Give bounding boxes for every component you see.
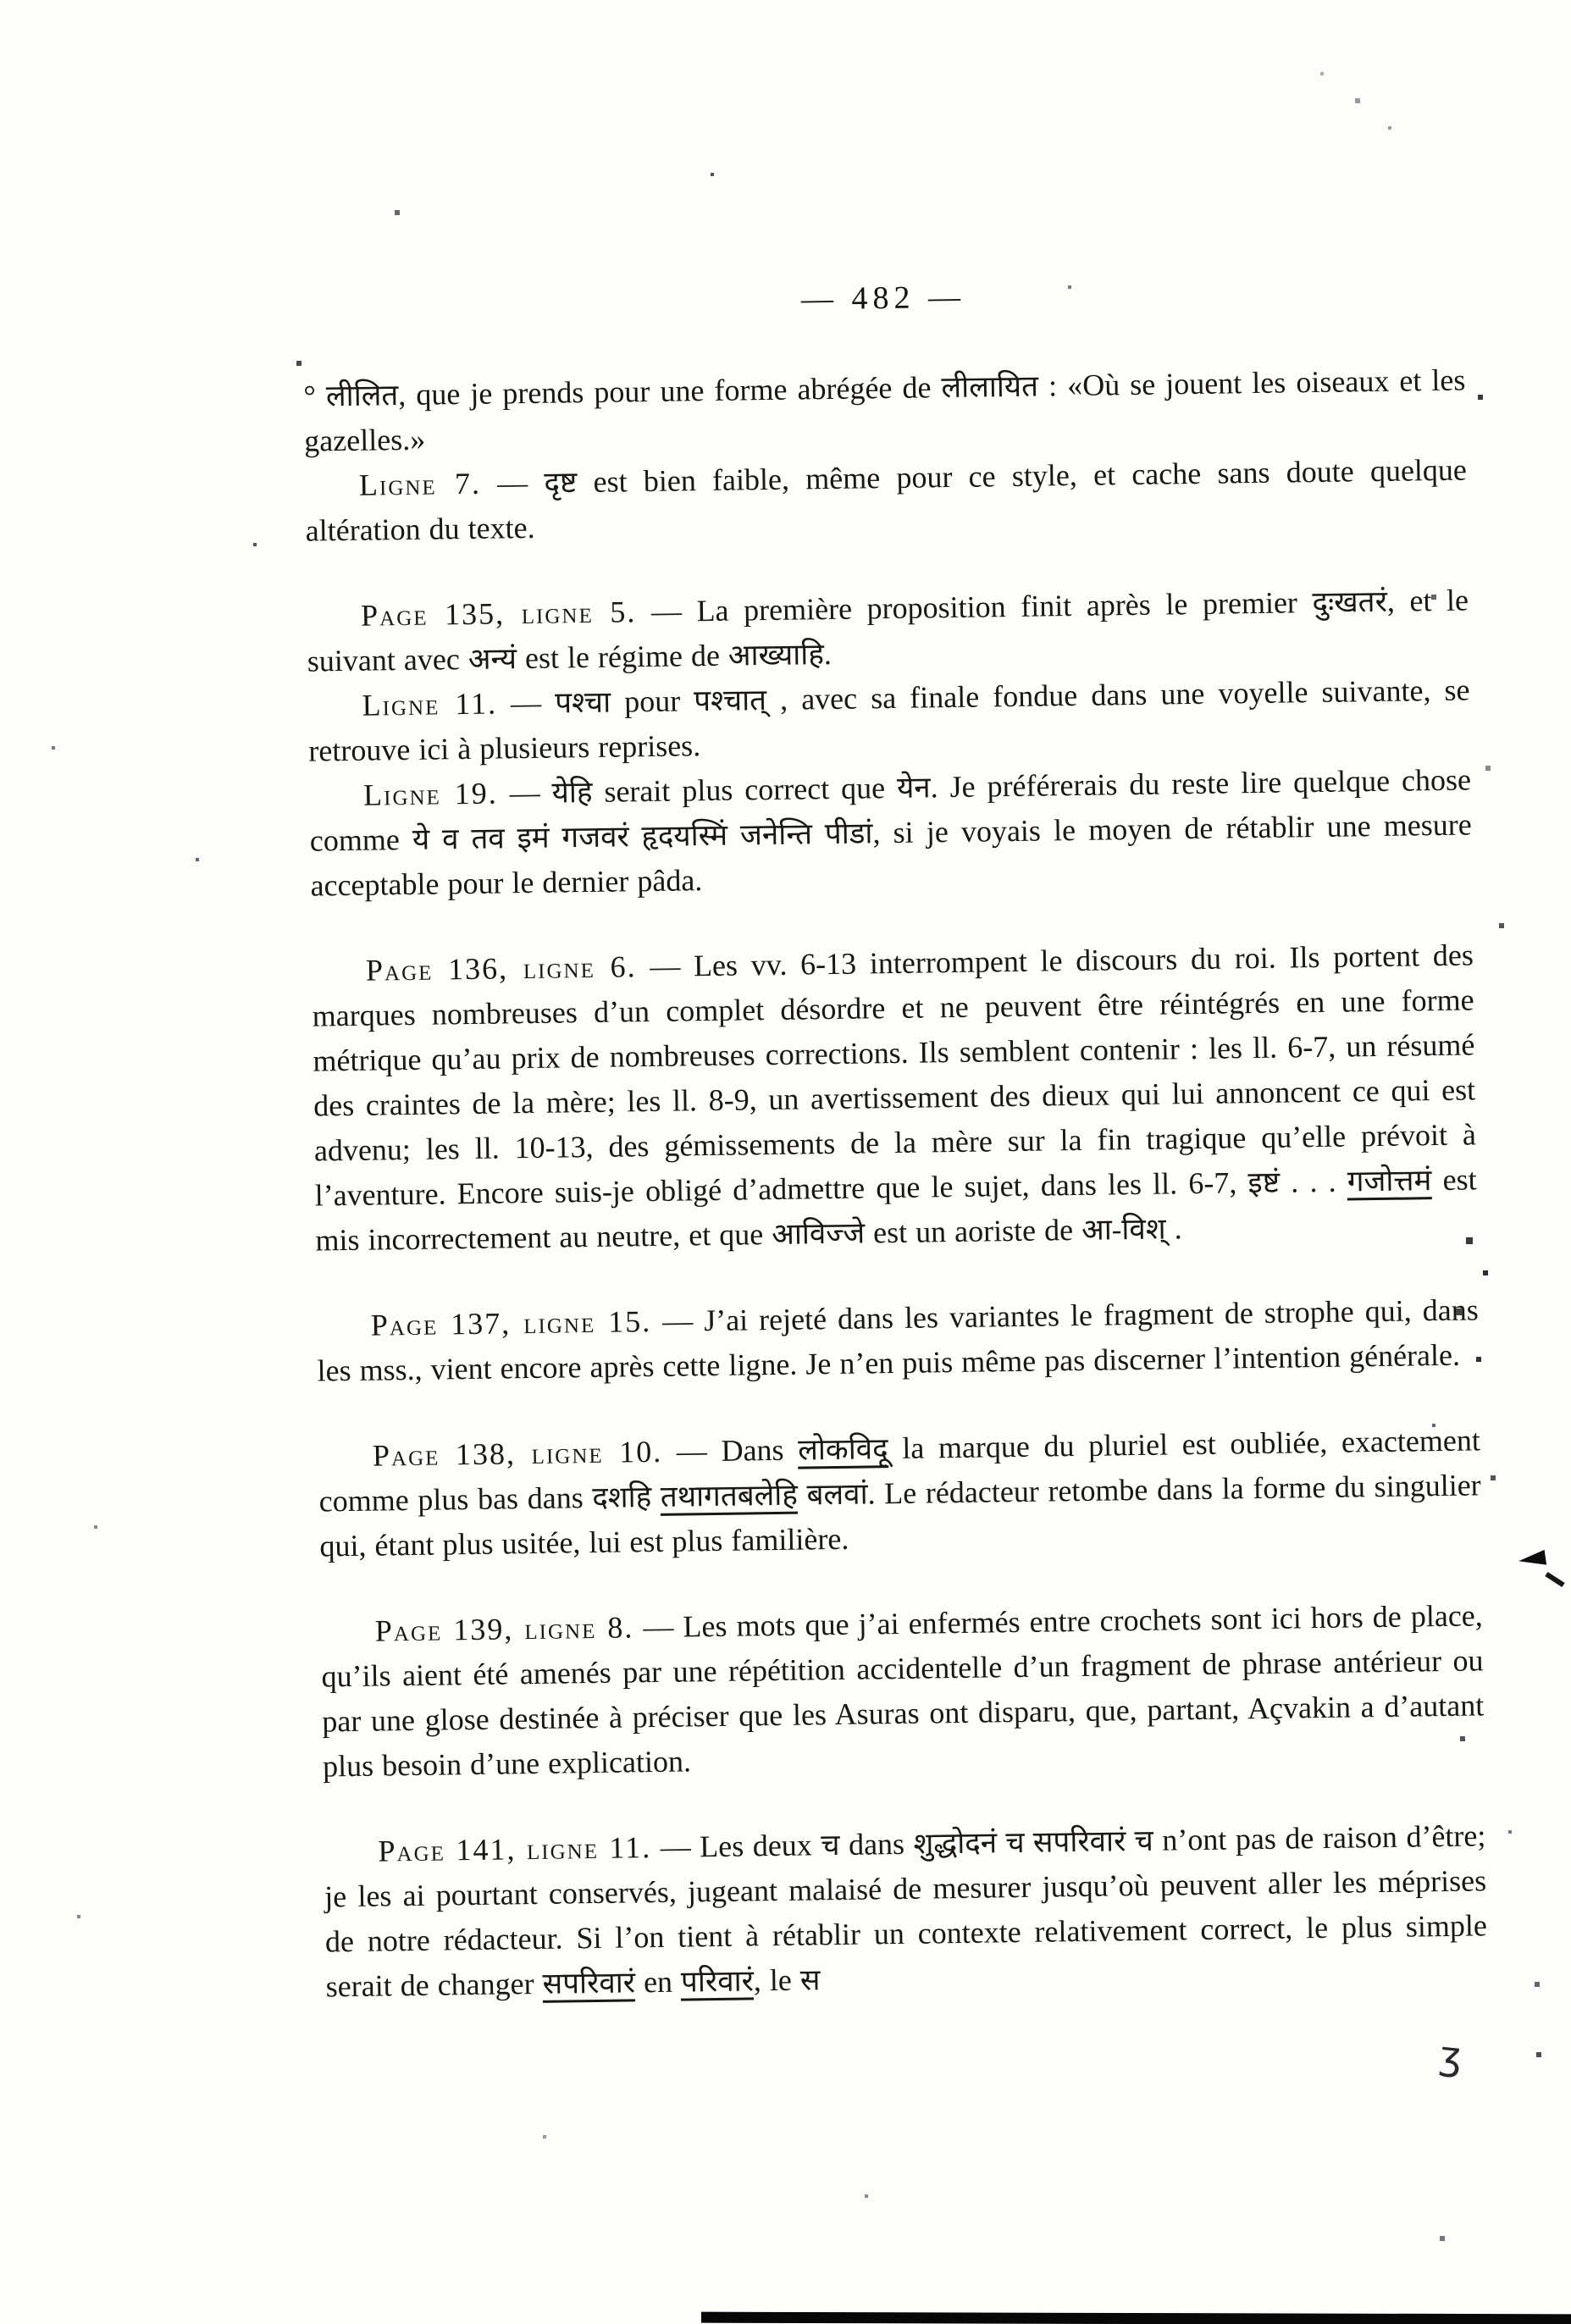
text-run: . . . [1280,1165,1347,1199]
text-run: — [481,466,545,501]
paragraph: Page 135, ligne 5. — La première proposi… [307,578,1469,683]
text-run: Page 135, ligne 5. [361,595,637,633]
devanagari-run: बलवां [806,1477,868,1511]
text-run: Ligne 11. [362,686,497,722]
text-run: ° [303,379,326,412]
devanagari-run: दशहि [592,1480,651,1514]
devanagari-run: इष्टं [1247,1166,1280,1200]
text-run [651,1480,661,1513]
text-run: est le régime de [517,639,728,675]
text-run: Page 137, ligne 15. [371,1304,652,1342]
text-run: — [497,686,556,721]
text-run: , le [754,1963,801,1998]
ink-squiggle: ʒ [1438,2035,1464,2077]
devanagari-run: येन [897,771,931,805]
paragraph: Ligne 19. — येहि serait plus correct que… [309,757,1473,908]
devanagari-run: गजोत्तमं [1347,1164,1432,1200]
text-run: Page 141, ligne 11. [378,1830,651,1868]
text-run: Ligne 19. [363,776,498,811]
scanned-book-page: — 482 — ° लीलित, que je prends pour une … [0,0,1571,2324]
text-run: est un aoriste de [865,1213,1081,1250]
devanagari-run: अन्यं [468,642,517,676]
text-run [798,1477,807,1511]
text-run: Page 136, ligne 6. [366,949,637,987]
devanagari-run: लोकविदू [798,1432,888,1469]
devanagari-run: स [800,1963,821,1996]
text-run: en [635,1965,682,2000]
text-run: dans [839,1827,914,1862]
devanagari-run: दृष्ट [544,466,577,500]
text-run: Page 138, ligne 10. [373,1435,663,1473]
paragraph: Page 139, ligne 8. — Les mots que j’ai e… [321,1593,1485,1789]
scan-noise [0,0,2,2]
paragraph: ° लीलित, que je prends pour une forme ab… [303,357,1466,463]
devanagari-run: लीलायित [941,370,1038,405]
devanagari-run: शुद्धोदनं च सपरिवारं च [913,1824,1153,1861]
paragraph: Ligne 7. — दृष्ट est bien faible, même p… [305,447,1468,553]
text-run: . [824,637,833,671]
devanagari-run: येहि [551,776,592,810]
ink-blot-icon [1518,1550,1546,1569]
paragraph: Page 137, ligne 15. — J’ai rejeté dans l… [316,1287,1479,1393]
text-run: Page 139, ligne 8. [375,1610,634,1647]
devanagari-run: पश्चा [555,686,611,720]
devanagari-run: सपरिवारं [542,1966,635,2003]
devanagari-run: लीलित [326,379,399,412]
text-run: — Dans [662,1433,798,1469]
text-run: . [1165,1211,1182,1245]
devanagari-run: आ-विश् [1081,1213,1166,1247]
devanagari-run: पश्चात् [694,683,766,717]
devanagari-run: च [821,1829,840,1862]
text-run: serait plus correct que [592,771,897,809]
devanagari-run: परिवारं [681,1964,754,2000]
paragraph: Page 136, ligne 6. — Les vv. 6-13 interr… [312,932,1478,1263]
text-run: , que je prends pour une forme abrégée d… [398,370,942,412]
devanagari-run: आविज्जे [772,1216,866,1251]
devanagari-run: ये व तव इमं गजवरं हृदयस्मिं जनेन्ति पीडा… [412,816,873,856]
text-run: pour [611,683,694,718]
page-text: ° लीलित, que je prends pour une forme ab… [303,357,1488,2009]
paragraph: Page 141, ligne 11. — Les deux च dans शु… [324,1813,1488,2009]
text-run: — La première proposition finit après le… [636,585,1313,628]
paragraph: Ligne 11. — पश्चा pour पश्चात् , avec sa… [307,667,1470,773]
page-number: — 482 — [302,272,1464,325]
page-content: — 482 — ° लीलित, que je prends pour une … [302,272,1488,2010]
paragraph: Page 138, ligne 10. — Dans लोकविदू la ma… [318,1418,1482,1569]
ink-dash [1545,1572,1564,1587]
scan-edge-shadow [701,2312,1571,2324]
devanagari-run: आख्याहि [728,638,825,672]
devanagari-run: दुःखतरं [1312,585,1387,619]
text-run: Ligne 7. [359,467,481,502]
text-run: — [497,776,551,811]
text-run: — Les deux [651,1828,821,1864]
devanagari-run: तथागतबलेहि [661,1479,799,1516]
